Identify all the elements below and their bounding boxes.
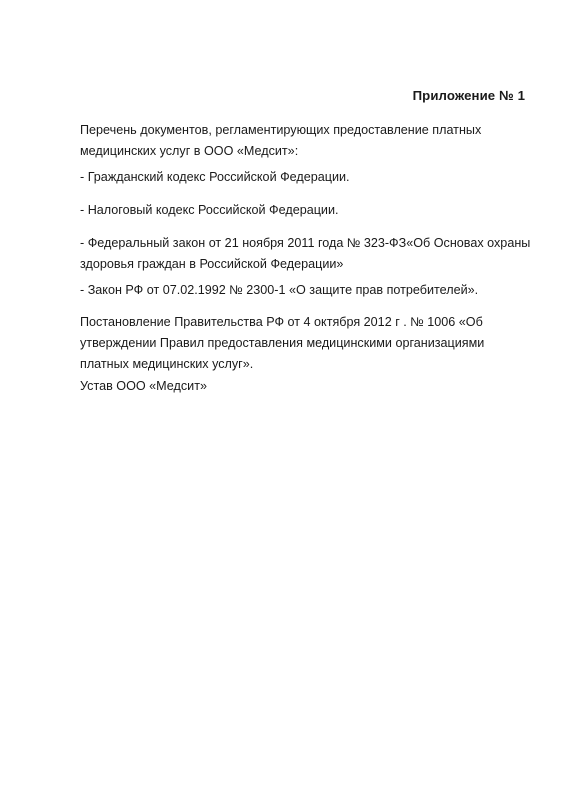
decree-line: Постановление Правительства РФ от 4 октя… <box>80 312 540 333</box>
intro-line: медицинских услуг в ООО «Медсит»: <box>80 141 540 162</box>
consumer-law-text: - Закон РФ от 07.02.1992 № 2300-1 «О защ… <box>80 280 540 301</box>
charter-text: Устав ООО «Медсит» <box>80 376 540 397</box>
intro-line: Перечень документов, регламентирующих пр… <box>80 120 540 141</box>
decree-line: платных медицинских услуг». <box>80 354 540 375</box>
civil-code-text: - Гражданский кодекс Российской Федераци… <box>80 167 540 188</box>
decree-line: утверждении Правил предоставления медици… <box>80 333 540 354</box>
federal-law-line: - Федеральный закон от 21 ноября 2011 го… <box>80 233 540 254</box>
list-item-consumer-law: - Закон РФ от 07.02.1992 № 2300-1 «О защ… <box>80 280 540 301</box>
list-item-civil-code: - Гражданский кодекс Российской Федераци… <box>80 167 540 188</box>
list-item-tax-code: - Налоговый кодекс Российской Федерации. <box>80 200 540 221</box>
appendix-title: Приложение № 1 <box>413 88 525 103</box>
list-item-charter: Устав ООО «Медсит» <box>80 376 540 397</box>
federal-law-line: здоровья граждан в Российской Федерации» <box>80 254 540 275</box>
list-item-government-decree: Постановление Правительства РФ от 4 октя… <box>80 312 540 375</box>
intro-paragraph: Перечень документов, регламентирующих пр… <box>80 120 540 162</box>
document-page: Приложение № 1 Перечень документов, регл… <box>0 0 566 800</box>
list-item-federal-law: - Федеральный закон от 21 ноября 2011 го… <box>80 233 540 275</box>
tax-code-text: - Налоговый кодекс Российской Федерации. <box>80 200 540 221</box>
